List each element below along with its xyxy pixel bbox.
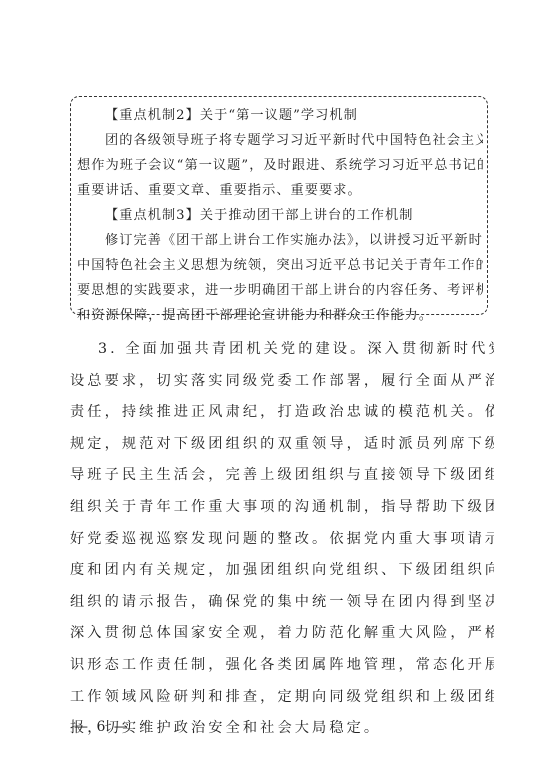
box-text-line: 要思想的实践要求，进一步明确团干部上讲台的内容任务、考评机制 [77, 278, 483, 303]
body-line: 好党委巡视巡察发现问题的整改。依据党内重大事项请示报告制 [70, 524, 494, 556]
body-line: 3. 全面加强共青团机关党的建设。深入贯彻新时代党的建 [70, 334, 494, 366]
body-line: 规定，规范对下级团组织的双重领导，适时派员列席下级团委领 [70, 429, 494, 461]
mechanism-2-heading: 【重点机制2】关于“第一议题”学习机制 [77, 103, 483, 128]
body-line: 设总要求，切实落实同级党委工作部署，履行全面从严治党主体 [70, 366, 494, 398]
page-number: — 6 — [74, 719, 130, 735]
body-line: 工作领域风险研判和排查，定期向同级党组织和上级团组织汇 [70, 682, 494, 714]
body-line: 度和团内有关规定，加强团组织向党组织、下级团组织向上级团 [70, 555, 494, 587]
body-paragraph: 3. 全面加强共青团机关党的建设。深入贯彻新时代党的建 设总要求，切实落实同级党… [70, 334, 494, 745]
box-text-line: 中国特色社会主义思想为统领，突出习近平总书记关于青年工作的重 [77, 253, 483, 278]
body-line: 深入贯彻总体国家安全观，着力防范化解重大风险，严格落实意 [70, 618, 494, 650]
box-text-line: 和资源保障，提高团干部理论宣讲能力和群众工作能力。 [77, 303, 483, 328]
box-text-line: 重要讲话、重要文章、重要指示、重要要求。 [77, 178, 483, 203]
body-line: 责任，持续推进正风肃纪，打造政治忠诚的模范机关。依照有关 [70, 397, 494, 429]
box-text-line: 团的各级领导班子将专题学习习近平新时代中国特色社会主义思 [77, 128, 483, 153]
box-text-line: 想作为班子会议“第一议题”，及时跟进、系统学习习近平总书记的 [77, 153, 483, 178]
body-line: 识形态工作责任制，强化各类团属阵地管理，常态化开展青少年 [70, 650, 494, 682]
body-line: 组织关于青年工作重大事项的沟通机制，指导帮助下级团组织做 [70, 492, 494, 524]
key-mechanisms-box: 【重点机制2】关于“第一议题”学习机制 团的各级领导班子将专题学习习近平新时代中… [70, 96, 488, 315]
body-line: 报，切实维护政治安全和社会大局稳定。 [70, 713, 494, 745]
mechanism-3-heading: 【重点机制3】关于推动团干部上讲台的工作机制 [77, 203, 483, 228]
body-line: 组织的请示报告，确保党的集中统一领导在团内得到坚决贯彻。 [70, 587, 494, 619]
box-text-line: 修订完善《团干部上讲台工作实施办法》，以讲授习近平新时代 [77, 228, 483, 253]
body-line: 导班子民主生活会，完善上级团组织与直接领导下级团组织的党 [70, 460, 494, 492]
